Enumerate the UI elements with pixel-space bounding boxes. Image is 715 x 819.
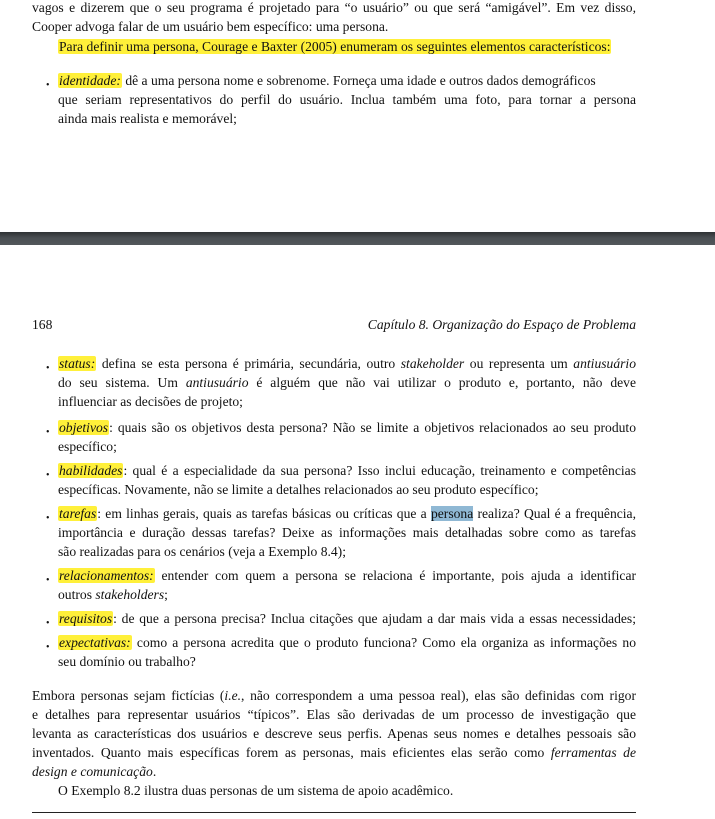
highlight-annotation[interactable]: expectativas: [58,635,132,650]
item-text: defina se esta persona é primária, secun… [96,356,401,371]
item-text: : qual é a especialidade da sua persona?… [123,463,636,478]
highlight-annotation[interactable]: Para definir uma persona, Courage e Baxt… [58,39,611,54]
paragraph-line: levanta as características dos usuários … [32,724,636,743]
text-line: outros stakeholders; [58,585,168,604]
bullet-icon: • [46,423,50,442]
item-text: entender com quem a persona se relaciona… [155,568,636,583]
paragraph-line: e detalhes para representar usuários “tí… [32,705,636,724]
running-header: Capítulo 8. Organização do Espaço de Pro… [368,315,636,334]
item-text: design e comunicação [32,764,153,779]
paragraph-line: design e comunicação. [32,762,156,781]
text-line: importância e duração dessas tarefas? De… [58,523,636,542]
item-text: antiusuário [573,356,636,371]
text-line: seu domínio ou trabalho? [58,652,196,671]
text-line: do seu sistema. Um antiusuário é alguém … [58,373,636,392]
bullet-icon: • [46,359,50,378]
list-item-relacionamentos: relacionamentos: entender com quem a per… [58,566,636,585]
text-line: que seriam representativos do perfil do … [58,90,636,109]
item-text: como a persona acredita que o produto fu… [132,635,636,650]
list-item-requisitos: requisitos: de que a persona precisa? In… [58,609,636,628]
item-text: dê a uma persona nome e sobrenome. Forne… [122,73,596,88]
bullet-icon: • [46,509,50,528]
bullet-icon: • [46,614,50,633]
text-line: específico; [58,437,117,456]
list-item-status: status: defina se esta persona é primári… [58,354,636,373]
list-item-tarefas: tarefas: em linhas gerais, quais as tare… [58,504,636,523]
item-text: do seu sistema. Um [58,375,186,390]
paragraph-line: Embora personas sejam fictícias (i.e., n… [32,686,636,705]
highlighted-paragraph: Para definir uma persona, Courage e Baxt… [58,37,611,56]
item-text: : quais são os objetivos desta persona? … [109,420,636,435]
list-item-objetivos: objetivos: quais são os objetivos desta … [58,418,636,437]
horizontal-rule [32,812,636,813]
highlight-annotation[interactable]: relacionamentos: [58,568,155,583]
text-selection[interactable]: persona [431,506,473,521]
item-text: é alguém que não vai utilizar o produto … [249,375,636,390]
text-line: influenciar as decisões de projeto; [58,392,243,411]
closing-sentence: O Exemplo 8.2 ilustra duas personas de u… [58,781,453,800]
item-text: . [153,764,156,779]
text-line: ainda mais realista e memorável; [58,109,237,128]
item-text: inventados. Quanto mais específicas fore… [32,745,551,760]
highlight-annotation[interactable]: habilidades [58,463,123,478]
item-text: ferramentas de [551,745,636,760]
text-line: específicas. Novamente, não se limite a … [58,480,539,499]
item-text: antiusuário [186,375,249,390]
item-text: ou representa um [464,356,573,371]
highlight-annotation[interactable]: objetivos [58,420,109,435]
list-item-habilidades: habilidades: qual é a especialidade da s… [58,461,636,480]
item-text: ; [164,587,168,602]
item-text: outros [58,587,95,602]
page-separator [0,232,715,245]
highlight-annotation[interactable]: tarefas [58,506,97,521]
highlight-annotation[interactable]: status: [58,356,96,371]
item-text: realiza? Qual é a frequência, [473,506,636,521]
item-text: Embora personas sejam fictícias ( [32,688,224,703]
bullet-icon: • [46,638,50,657]
item-text: , não correspondem a uma pessoa real), e… [241,688,636,703]
document-page-top: vagos e dizerem que o seu programa é pro… [0,0,715,232]
item-text: i.e. [224,688,241,703]
highlight-annotation[interactable]: requisitos [58,611,113,626]
list-item-expectativas: expectativas: como a persona acredita qu… [58,633,636,652]
text-line: Cooper advoga falar de um usuário bem es… [32,17,388,36]
highlight-annotation[interactable]: identidade: [58,73,122,88]
bullet-icon: • [46,466,50,485]
item-text: : em linhas gerais, quais as tarefas bás… [97,506,431,521]
item-text: stakeholders [95,587,164,602]
bullet-icon: • [46,571,50,590]
item-text: : de que a persona precisa? Inclua citaç… [113,611,636,626]
page-number: 168 [32,315,52,334]
text-line: são realizadas para os cenários (veja a … [58,542,346,561]
bullet-icon: • [46,76,50,95]
text-line: vagos e dizerem que o seu programa é pro… [32,0,636,17]
item-text: stakeholder [401,356,464,371]
list-item-identidade: identidade: dê a uma persona nome e sobr… [58,71,596,90]
document-page-168: 168 Capítulo 8. Organização do Espaço de… [0,245,715,819]
paragraph-line: inventados. Quanto mais específicas fore… [32,743,636,762]
